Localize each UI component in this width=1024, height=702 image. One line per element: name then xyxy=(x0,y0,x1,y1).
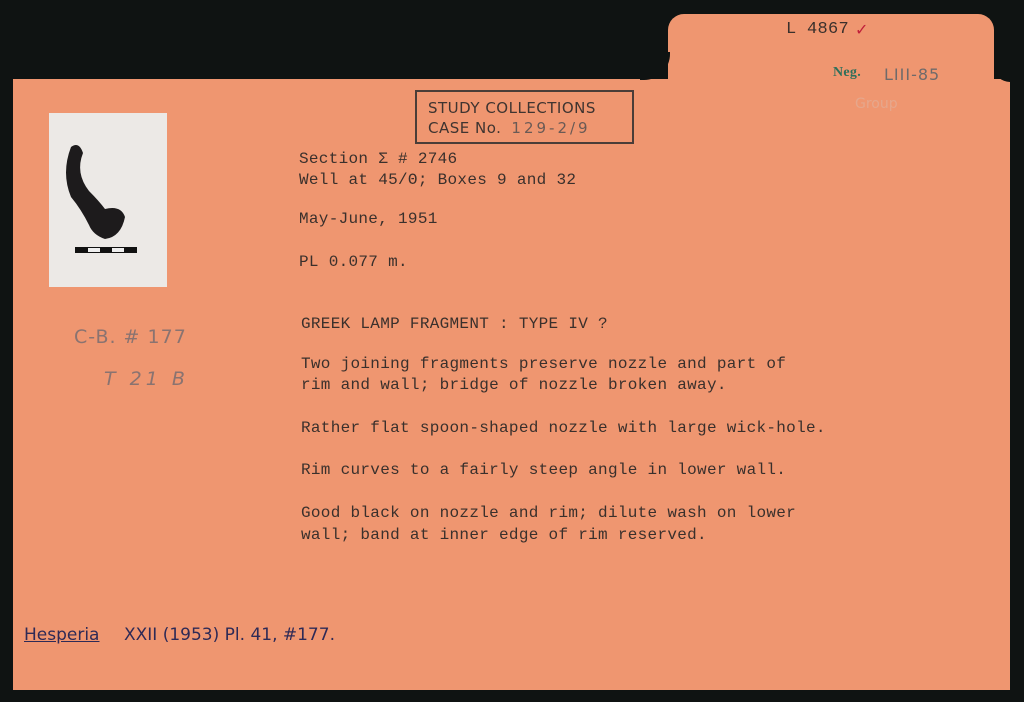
check-mark-icon: ✓ xyxy=(855,20,868,39)
date-line: May-June, 1951 xyxy=(299,210,438,228)
catalog-number: L 4867 xyxy=(786,20,849,39)
case-number: 129-2/9 xyxy=(511,119,590,137)
tab-notch xyxy=(640,52,670,80)
description-line: Rim curves to a fairly steep angle in lo… xyxy=(301,461,786,479)
reference-citation: XXII (1953) Pl. 41, #177. xyxy=(124,625,335,645)
neg-value: LIII-85 xyxy=(884,65,940,84)
stamp-line-1: STUDY COLLECTIONS xyxy=(428,99,596,117)
cb-number: C-B. # 177 xyxy=(74,326,187,348)
lamp-fragment-icon xyxy=(49,113,167,287)
t-number: T 21 B xyxy=(104,368,189,390)
reference-journal: Hesperia xyxy=(24,625,99,645)
neg-label: Neg. xyxy=(833,65,861,81)
object-title: GREEK LAMP FRAGMENT : TYPE IV ? xyxy=(301,315,608,333)
scale-bar xyxy=(75,247,137,253)
study-collections-stamp: STUDY COLLECTIONS CASE No.129-2/9 xyxy=(415,90,634,144)
description-line: Two joining fragments preserve nozzle an… xyxy=(301,355,786,373)
stamp-line-2: CASE No.129-2/9 xyxy=(428,119,591,137)
well-line: Well at 45/Θ; Boxes 9 and 32 xyxy=(299,171,576,189)
fragment-photo xyxy=(49,113,167,287)
faint-note: Group xyxy=(855,96,898,112)
description-line: wall; band at inner edge of rim reserved… xyxy=(301,526,707,544)
description-line: Rather flat spoon-shaped nozzle with lar… xyxy=(301,419,826,437)
description-line: rim and wall; bridge of nozzle broken aw… xyxy=(301,376,727,394)
description-line: Good black on nozzle and rim; dilute was… xyxy=(301,504,796,522)
case-label: CASE No. xyxy=(428,119,501,137)
section-line: Section Σ # 2746 xyxy=(299,150,457,168)
dimension-line: PL 0.077 m. xyxy=(299,253,408,271)
